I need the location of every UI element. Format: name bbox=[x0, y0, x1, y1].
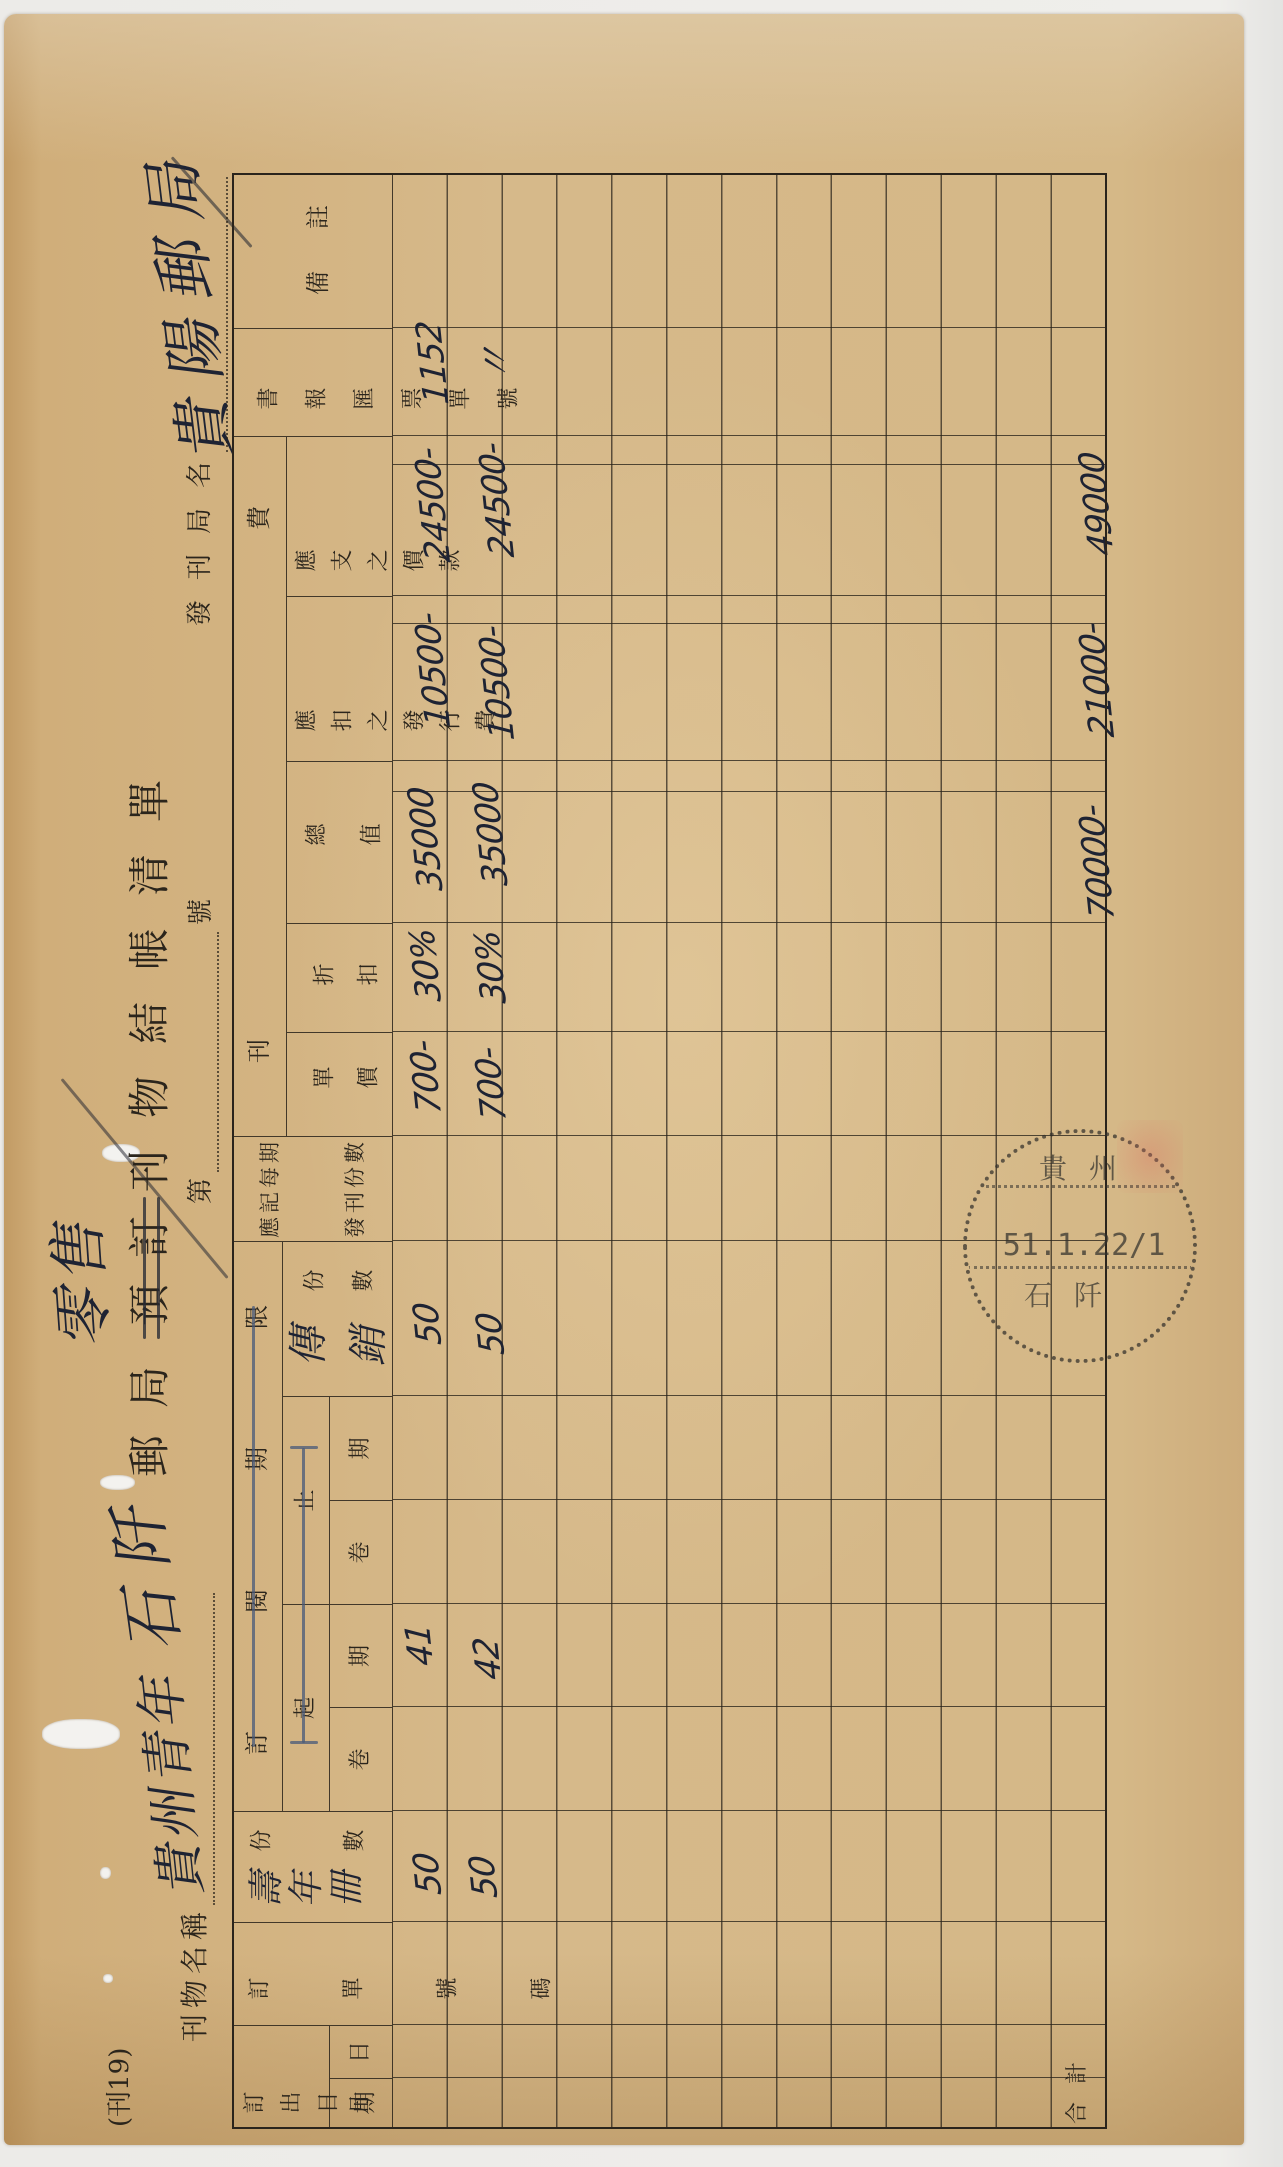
publishing-office-underline bbox=[226, 177, 228, 452]
paper-hole bbox=[42, 1719, 120, 1749]
pencil-tick bbox=[290, 1446, 318, 1449]
pencil-tick bbox=[290, 1741, 318, 1744]
header-end-label: 止 bbox=[295, 1490, 317, 1512]
cell-unit-price: 700- bbox=[405, 1039, 447, 1114]
header-distributed-copies-handwritten: 傳銷 bbox=[287, 1330, 407, 1370]
header-month: 月 bbox=[330, 2078, 393, 2129]
header-copies-per-issue: 應記每期發刊份數 bbox=[232, 1136, 393, 1241]
pencil-line bbox=[252, 1306, 255, 1747]
header-money-order-number-label: 書報匯票單號 bbox=[256, 379, 402, 422]
header-start-issue: 期 bbox=[330, 1604, 393, 1707]
header-start-volume-label: 卷 bbox=[350, 1749, 372, 1771]
pencil-line bbox=[302, 1448, 305, 1743]
header-subscription-period: 訂閱期限 bbox=[232, 1241, 283, 1811]
header-start-volume: 卷 bbox=[330, 1707, 393, 1811]
table-row-empty bbox=[832, 173, 887, 2129]
cell-total-value: 35000 bbox=[403, 786, 448, 891]
cell-distributed-copies: 50 bbox=[409, 1302, 448, 1345]
header-copies: 壽年冊 份數 bbox=[232, 1811, 393, 1922]
periodical-name-label: 刊物名稱 bbox=[181, 1906, 209, 2042]
header-money-order-number: 書報匯票單號 bbox=[232, 328, 393, 436]
title-handwritten-correction: 零售 bbox=[47, 1215, 116, 1351]
header-order-number: 訂單號碼 bbox=[232, 1922, 393, 2025]
header-end-volume-label: 卷 bbox=[350, 1542, 372, 1564]
table-row-empty bbox=[503, 173, 558, 2129]
cell-start-issue: 41 bbox=[401, 1623, 440, 1666]
header-remarks-label: 備註 bbox=[306, 163, 330, 295]
header-start: 起 bbox=[283, 1604, 330, 1811]
postmark-bottom-text: 石阡 bbox=[1024, 1282, 1124, 1310]
header-day: 日 bbox=[330, 2025, 393, 2078]
table-row-empty bbox=[558, 173, 613, 2129]
table-row-empty bbox=[942, 173, 997, 2129]
table-row-empty bbox=[887, 173, 942, 2129]
settlement-form-document: (刊19) 刊物名稱 貴州青年 石阡 郵局 預訂 零售 刊物結帳清單 第 號 發… bbox=[0, 0, 1283, 2167]
table-row-empty bbox=[613, 173, 668, 2129]
scan-background: (刊19) 刊物名稱 貴州青年 石阡 郵局 預訂 零售 刊物結帳清單 第 號 發… bbox=[0, 0, 1283, 2167]
table-row: 50 41 50 700- 30% 35000 10500- 24500- 11… bbox=[393, 173, 448, 2129]
paper-speck bbox=[100, 1867, 111, 1879]
header-copies-handwritten: 壽年冊 bbox=[247, 1875, 367, 1911]
header-total-value: 總值 bbox=[287, 761, 393, 923]
paper-speck bbox=[103, 1974, 113, 1983]
header-deducted-fee-label: 應扣之發行費 bbox=[294, 673, 404, 773]
header-payable-label: 應支之價款 bbox=[294, 513, 404, 613]
table-row-empty bbox=[668, 173, 723, 2129]
header-day-label: 日 bbox=[350, 2041, 372, 2063]
postmark-date: 51.1.22/1 bbox=[1003, 1231, 1166, 1261]
header-order-date-label: 訂出日期 bbox=[242, 2078, 322, 2131]
title-post-office: 郵局 bbox=[129, 1339, 171, 1477]
cell-copies: 50 bbox=[465, 1855, 504, 1898]
periodical-name-underline bbox=[213, 1593, 215, 1905]
header-start-issue-label: 期 bbox=[350, 1645, 372, 1667]
postmark-band-line bbox=[967, 1266, 1193, 1269]
page-title: 刊物結帳清單 bbox=[129, 748, 171, 1192]
header-fee-group: 刊費 bbox=[232, 436, 287, 1136]
header-unit-price: 單價 bbox=[287, 1032, 393, 1136]
table-row: 50 42 50 700- 30% 35000 10500- 24500- 〃 bbox=[448, 173, 503, 2129]
header-payable: 應支之價款 bbox=[287, 436, 393, 596]
title-struck-text: 預訂 bbox=[129, 1190, 171, 1326]
header-month-label: 月 bbox=[350, 2093, 372, 2115]
strike-line bbox=[157, 1197, 160, 1339]
header-end-issue-label: 期 bbox=[350, 1438, 372, 1460]
red-seal-mark bbox=[1117, 1120, 1183, 1193]
settlement-table: 訂出日期 月 日 訂單號碼 壽年冊 份數 訂閱期限 起 卷 期 止 bbox=[232, 173, 1107, 2129]
header-end: 止 bbox=[283, 1396, 330, 1604]
header-end-issue: 期 bbox=[330, 1396, 393, 1500]
strike-line bbox=[143, 1197, 146, 1339]
header-remarks: 備註 bbox=[232, 173, 393, 328]
serial-number-blank bbox=[217, 932, 219, 1172]
publishing-office-label: 發刊局名 bbox=[187, 442, 213, 626]
header-copies-per-issue-label: 應記每期發刊份數 bbox=[228, 1136, 398, 1238]
header-deducted-fee: 應扣之發行費 bbox=[287, 596, 393, 761]
header-distributed-copies-label: 份數 bbox=[302, 1272, 400, 1294]
header-discount-label: 折扣 bbox=[312, 966, 400, 988]
table-row-empty bbox=[722, 173, 777, 2129]
header-end-volume: 卷 bbox=[330, 1500, 393, 1604]
form-code: (刊19) bbox=[107, 2048, 133, 2127]
total-payable-sum: 49000 bbox=[1074, 451, 1119, 556]
paper-hole bbox=[100, 1475, 135, 1490]
header-distributed-copies: 傳銷 份數 bbox=[283, 1241, 393, 1396]
cell-start-issue: 42 bbox=[469, 1637, 508, 1680]
header-unit-price-label: 單價 bbox=[312, 1069, 400, 1091]
cell-copies: 50 bbox=[409, 1852, 448, 1895]
header-start-label: 起 bbox=[295, 1697, 317, 1719]
header-order-date: 訂出日期 bbox=[232, 2025, 330, 2129]
serial-prefix: 第 bbox=[188, 1178, 214, 1204]
cell-discount: 30% bbox=[405, 928, 447, 1003]
table-row-empty bbox=[777, 173, 832, 2129]
header-subscription-period-label: 訂閱期限 bbox=[245, 1187, 269, 1755]
total-label: 合計 bbox=[1067, 2044, 1089, 2124]
header-discount: 折扣 bbox=[287, 923, 393, 1032]
serial-suffix: 號 bbox=[188, 899, 214, 925]
header-fee-group-label: 刊費 bbox=[247, 0, 271, 1063]
